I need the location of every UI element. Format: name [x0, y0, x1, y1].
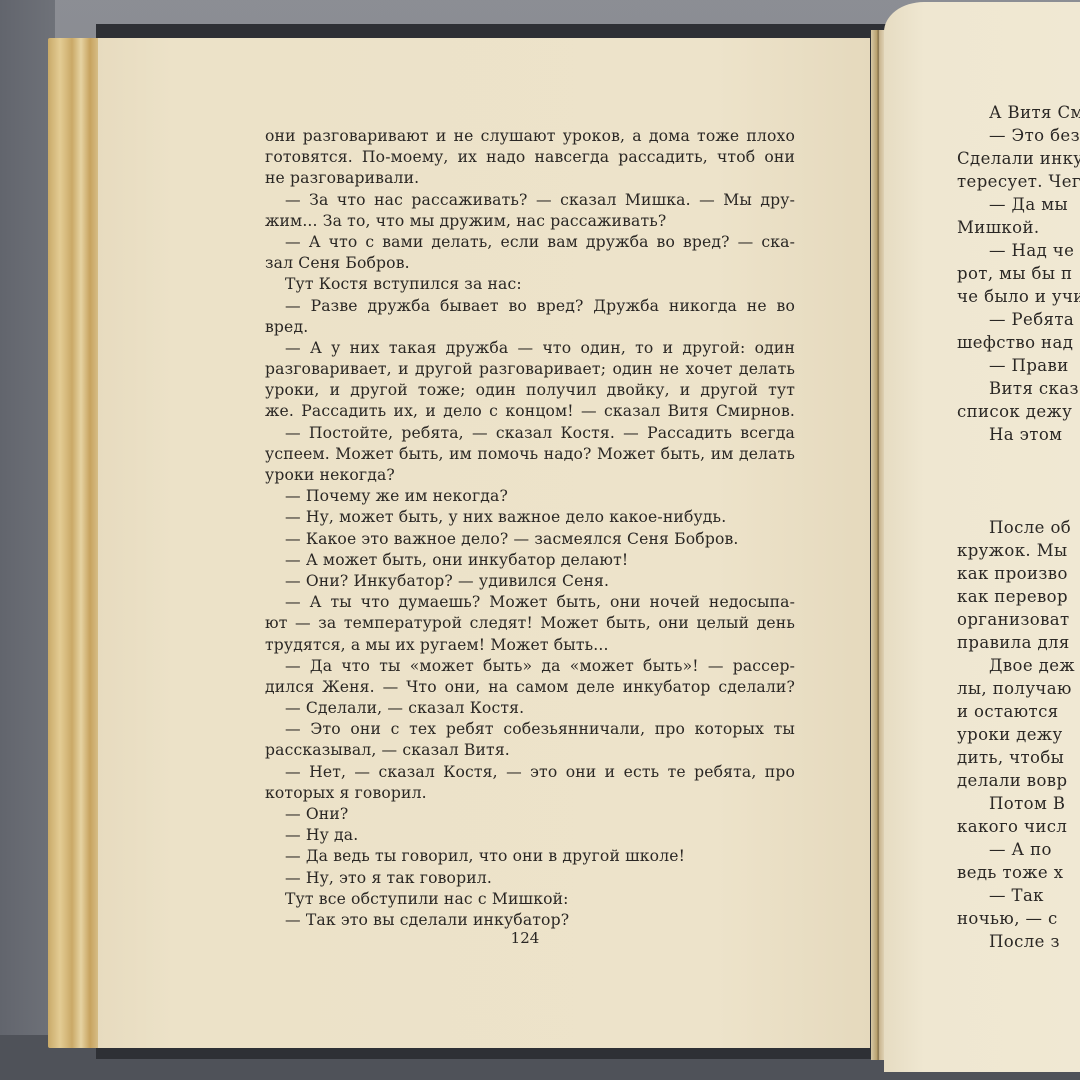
text-line: — Да что ты «может быть» да «может быть»… [265, 656, 795, 677]
text-line: Витя сказ [957, 377, 1080, 400]
text-line: Двое деж [957, 654, 1080, 677]
text-line: же. Рассадить их, и дело с концом! — ска… [265, 401, 795, 422]
text-line: — За что нас рассаживать? — сказал Мишка… [265, 190, 795, 211]
text-line: — Да ведь ты говорил, что они в другой ш… [265, 846, 795, 867]
text-line: уроки некогда? [265, 465, 795, 486]
text-line: — Сделали, — сказал Костя. [265, 698, 795, 719]
text-line: организоват [957, 608, 1080, 631]
text-line: — Они? [265, 804, 795, 825]
text-line: Сделали инку [957, 147, 1080, 170]
text-line: — Ну, может быть, у них важное дело како… [265, 507, 795, 528]
text-line: На этом [957, 423, 1080, 446]
text-line: уроки дежу [957, 723, 1080, 746]
text-line: лы, получаю [957, 677, 1080, 700]
text-line: какого числ [957, 815, 1080, 838]
text-line: жим... За то, что мы дружим, нас рассажи… [265, 211, 795, 232]
right-page-text: А Витя См— Это безСделали инкутересует. … [957, 101, 1080, 953]
text-line: кружок. Мы [957, 539, 1080, 562]
text-line: — Они? Инкубатор? — удивился Сеня. [265, 571, 795, 592]
text-line: Потом В [957, 792, 1080, 815]
text-line: — Прави [957, 354, 1080, 377]
text-line: ночью, — с [957, 907, 1080, 930]
text-line: че было и учи [957, 285, 1080, 308]
text-line: ведь тоже х [957, 861, 1080, 884]
text-line: разговаривает, и другой разговаривает; о… [265, 359, 795, 380]
text-line: — Постойте, ребята, — сказал Костя. — Ра… [265, 423, 795, 444]
text-line: — Так [957, 884, 1080, 907]
text-line: — А ты что думаешь? Может быть, они ноче… [265, 592, 795, 613]
text-line: и остаются [957, 700, 1080, 723]
text-line: Мишкой. [957, 216, 1080, 239]
text-line: список дежу [957, 400, 1080, 423]
text-line: — Разве дружба бывает во вред? Дружба ни… [265, 296, 795, 317]
text-line: — Ну да. [265, 825, 795, 846]
text-line: А Витя См [957, 101, 1080, 124]
text-line: правила для [957, 631, 1080, 654]
text-line: — А может быть, они инкубатор делают! [265, 550, 795, 571]
text-line: шефство над [957, 331, 1080, 354]
text-line: трудятся, а мы их ругаем! Может быть... [265, 635, 795, 656]
section-gap [957, 446, 1080, 516]
left-page-text: они разговаривают и не слушают уроков, а… [265, 126, 795, 931]
text-line: как произво [957, 562, 1080, 585]
page-number: 124 [500, 929, 550, 947]
text-line: После об [957, 516, 1080, 539]
text-line: — Почему же им некогда? [265, 486, 795, 507]
text-line: — Нет, — сказал Костя, — это они и есть … [265, 762, 795, 783]
text-line: — Над че [957, 239, 1080, 262]
text-line: они разговаривают и не слушают уроков, а… [265, 126, 795, 147]
text-line: вред. [265, 317, 795, 338]
text-line: После з [957, 930, 1080, 953]
text-line: — Так это вы сделали инкубатор? [265, 910, 795, 931]
text-line: — Какое это важное дело? — засмеялся Сен… [265, 529, 795, 550]
text-line: — Ну, это я так говорил. [265, 868, 795, 889]
book-gutter [871, 30, 885, 1060]
text-line: — А по [957, 838, 1080, 861]
text-line: — Да мы [957, 193, 1080, 216]
text-line: — Это без [957, 124, 1080, 147]
text-line: дить, чтобы [957, 746, 1080, 769]
text-line: — А у них такая дружба — что один, то и … [265, 338, 795, 359]
text-line: не разговаривали. [265, 168, 795, 189]
text-line: уроки, и другой тоже; один получил двойк… [265, 380, 795, 401]
text-line: ют — за температурой следят! Может быть,… [265, 613, 795, 634]
text-line: готовятся. По-моему, их надо навсегда ра… [265, 147, 795, 168]
text-line: зал Сеня Бобров. [265, 253, 795, 274]
text-line: — Это они с тех ребят собезьянничали, пр… [265, 719, 795, 740]
text-line: — Ребята [957, 308, 1080, 331]
text-line: Тут Костя вступился за нас: [265, 274, 795, 295]
text-line: дился Женя. — Что они, на самом деле инк… [265, 677, 795, 698]
text-line: успеем. Может быть, им помочь надо? Може… [265, 444, 795, 465]
text-line: делали вовр [957, 769, 1080, 792]
text-line: — А что с вами делать, если вам дружба в… [265, 232, 795, 253]
text-line: тересует. Чег [957, 170, 1080, 193]
text-line: как перевор [957, 585, 1080, 608]
text-line: рассказывал, — сказал Витя. [265, 740, 795, 761]
text-line: Тут все обступили нас с Мишкой: [265, 889, 795, 910]
text-line: которых я говорил. [265, 783, 795, 804]
text-line: рот, мы бы п [957, 262, 1080, 285]
